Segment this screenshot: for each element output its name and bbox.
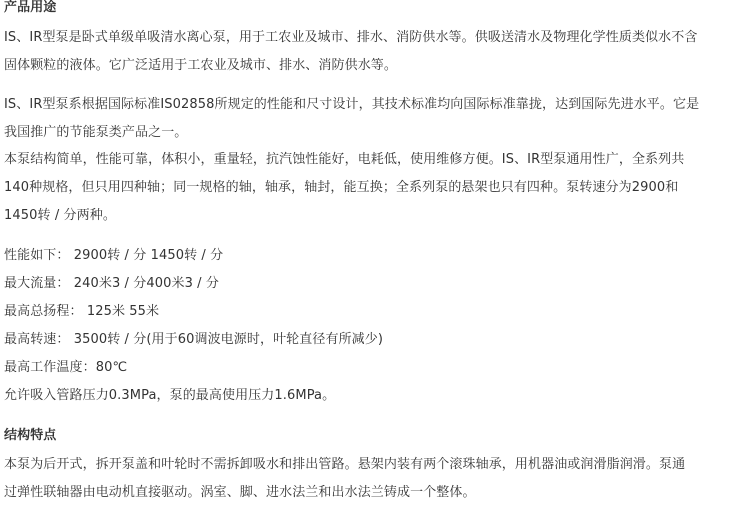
usage-paragraph3-line2: 140种规格，但只用四种轴；同一规格的轴，轴承，轴封，能互换；全系列泵的悬架也只…	[4, 180, 678, 196]
spec-max-speed: 最高转速： 3500转 / 分(用于60调波电源时，叶轮直径有所减少)	[4, 332, 383, 348]
usage-paragraph1-line2: 固体颗粒的液体。它广泛适用于工农业及城市、排水、消防供水等。	[4, 58, 397, 74]
spec-max-temperature: 最高工作温度：80℃	[4, 360, 127, 376]
usage-paragraph3-line1: 本泵结构简单，性能可靠，体积小，重量轻，抗汽蚀性能好，电耗低，使用维修方便。IS…	[4, 152, 684, 168]
usage-paragraph2-line1: IS、IR型泵系根据国际标准IS02858所规定的性能和尺寸设计，其技术标准均向…	[4, 97, 699, 113]
spec-pressure: 允许吸入管路压力0.3MPa，泵的最高使用压力1.6MPa。	[4, 388, 335, 404]
spec-max-head: 最高总扬程： 125米 55米	[4, 304, 159, 320]
usage-paragraph1-line1: IS、IR型泵是卧式单级单吸清水离心泵，用于工农业及城市、排水、消防供水等。供吸…	[4, 30, 697, 46]
spec-max-flow: 最大流量： 240米3 / 分400米3 / 分	[4, 276, 219, 292]
usage-paragraph3-line3: 1450转 / 分两种。	[4, 208, 116, 224]
section-title-usage: 产品用途	[4, 0, 56, 16]
spec-performance: 性能如下： 2900转 / 分 1450转 / 分	[4, 248, 223, 264]
usage-paragraph2-line2: 我国推广的节能泵类产品之一。	[4, 125, 187, 141]
structure-paragraph-line1: 本泵为后开式，拆开泵盖和叶轮时不需拆卸吸水和排出管路。悬架内装有两个滚珠轴承，用…	[4, 457, 685, 473]
structure-paragraph-line2: 过弹性联轴器由电动机直接驱动。涡室、脚、进水法兰和出水法兰铸成一个整体。	[4, 485, 476, 501]
section-title-structure: 结构特点	[4, 428, 56, 444]
product-document: 产品用途 IS、IR型泵是卧式单级单吸清水离心泵，用于工农业及城市、排水、消防供…	[0, 0, 750, 526]
